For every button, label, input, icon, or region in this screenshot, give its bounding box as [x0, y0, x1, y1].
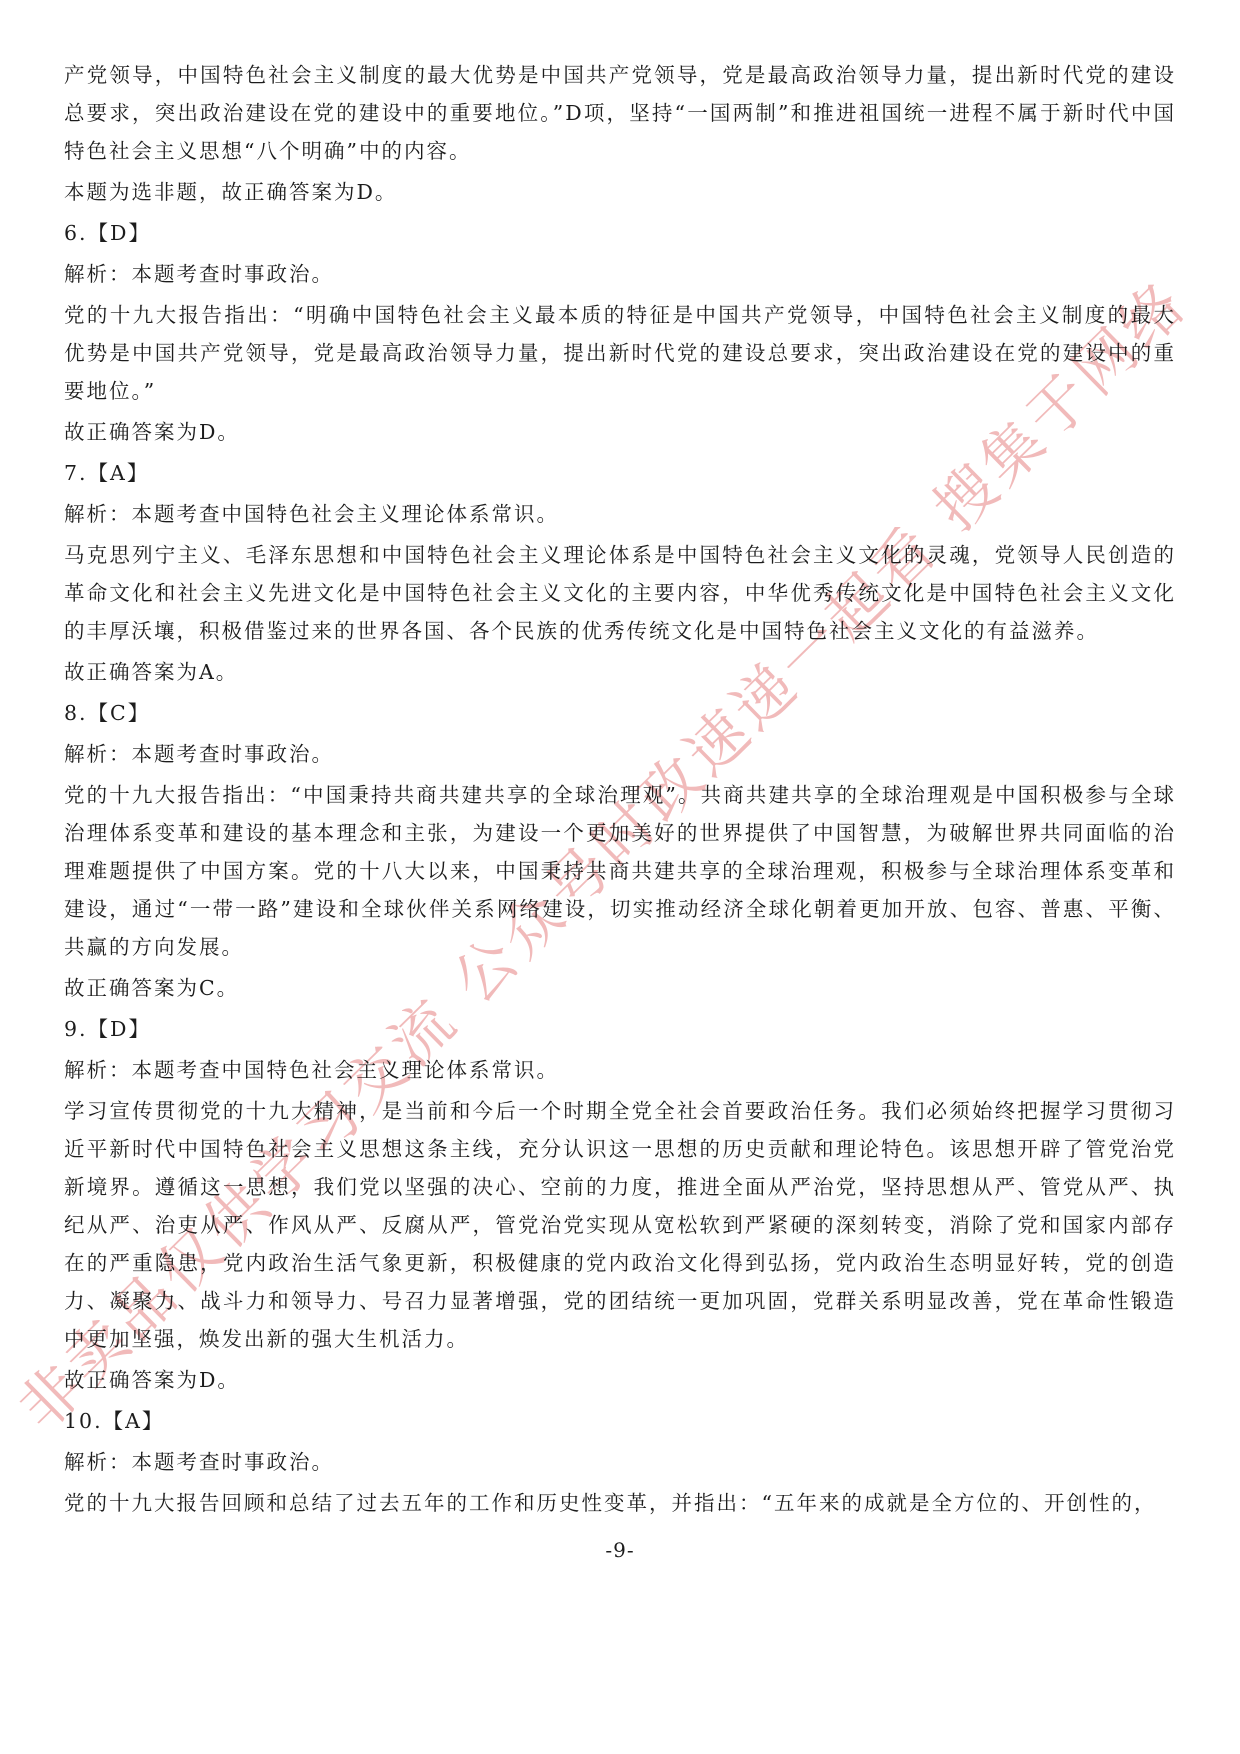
analysis-line-q10: 解析：本题考查时事政治。 [64, 1443, 1176, 1481]
explanation-paragraph-q6: 党的十九大报告指出：“明确中国特色社会主义最本质的特征是中国共产党领导，中国特色… [64, 296, 1176, 410]
explanation-paragraph-q8: 党的十九大报告指出：“中国秉持共商共建共享的全球治理观”。共商共建共享的全球治理… [64, 776, 1176, 966]
answer-line-q7: 故正确答案为A。 [64, 653, 1176, 691]
explanation-paragraph-q9: 学习宣传贯彻党的十九大精神，是当前和今后一个时期全党全社会首要政治任务。我们必须… [64, 1092, 1176, 1358]
analysis-line-q6: 解析：本题考查时事政治。 [64, 255, 1176, 293]
analysis-line-q7: 解析：本题考查中国特色社会主义理论体系常识。 [64, 495, 1176, 533]
analysis-line-q8: 解析：本题考查时事政治。 [64, 735, 1176, 773]
continuation-paragraph-q5: 产党领导，中国特色社会主义制度的最大优势是中国共产党领导，党是最高政治领导力量，… [64, 56, 1176, 170]
answer-line-q9: 故正确答案为D。 [64, 1361, 1176, 1399]
answer-label-q6: 6.【D】 [64, 214, 1176, 252]
answer-line-q8: 故正确答案为C。 [64, 969, 1176, 1007]
analysis-line-q9: 解析：本题考查中国特色社会主义理论体系常识。 [64, 1051, 1176, 1089]
answer-label-q7: 7.【A】 [64, 454, 1176, 492]
answer-note-q5: 本题为选非题，故正确答案为D。 [64, 173, 1176, 211]
answer-label-q9: 9.【D】 [64, 1010, 1176, 1048]
explanation-paragraph-q10: 党的十九大报告回顾和总结了过去五年的工作和历史性变革，并指出：“五年来的成就是全… [64, 1484, 1176, 1522]
page-number: -9- [0, 1538, 1240, 1562]
answer-label-q10: 10.【A】 [64, 1402, 1176, 1440]
document-page: 非卖品仅供学习交流 公众号时政速递一起看 搜集于网络 产党领导，中国特色社会主义… [0, 0, 1240, 1754]
answer-label-q8: 8.【C】 [64, 694, 1176, 732]
explanation-paragraph-q7: 马克思列宁主义、毛泽东思想和中国特色社会主义理论体系是中国特色社会主义文化的灵魂… [64, 536, 1176, 650]
answer-sheet-content: 产党领导，中国特色社会主义制度的最大优势是中国共产党领导，党是最高政治领导力量，… [64, 56, 1176, 1525]
answer-line-q6: 故正确答案为D。 [64, 413, 1176, 451]
